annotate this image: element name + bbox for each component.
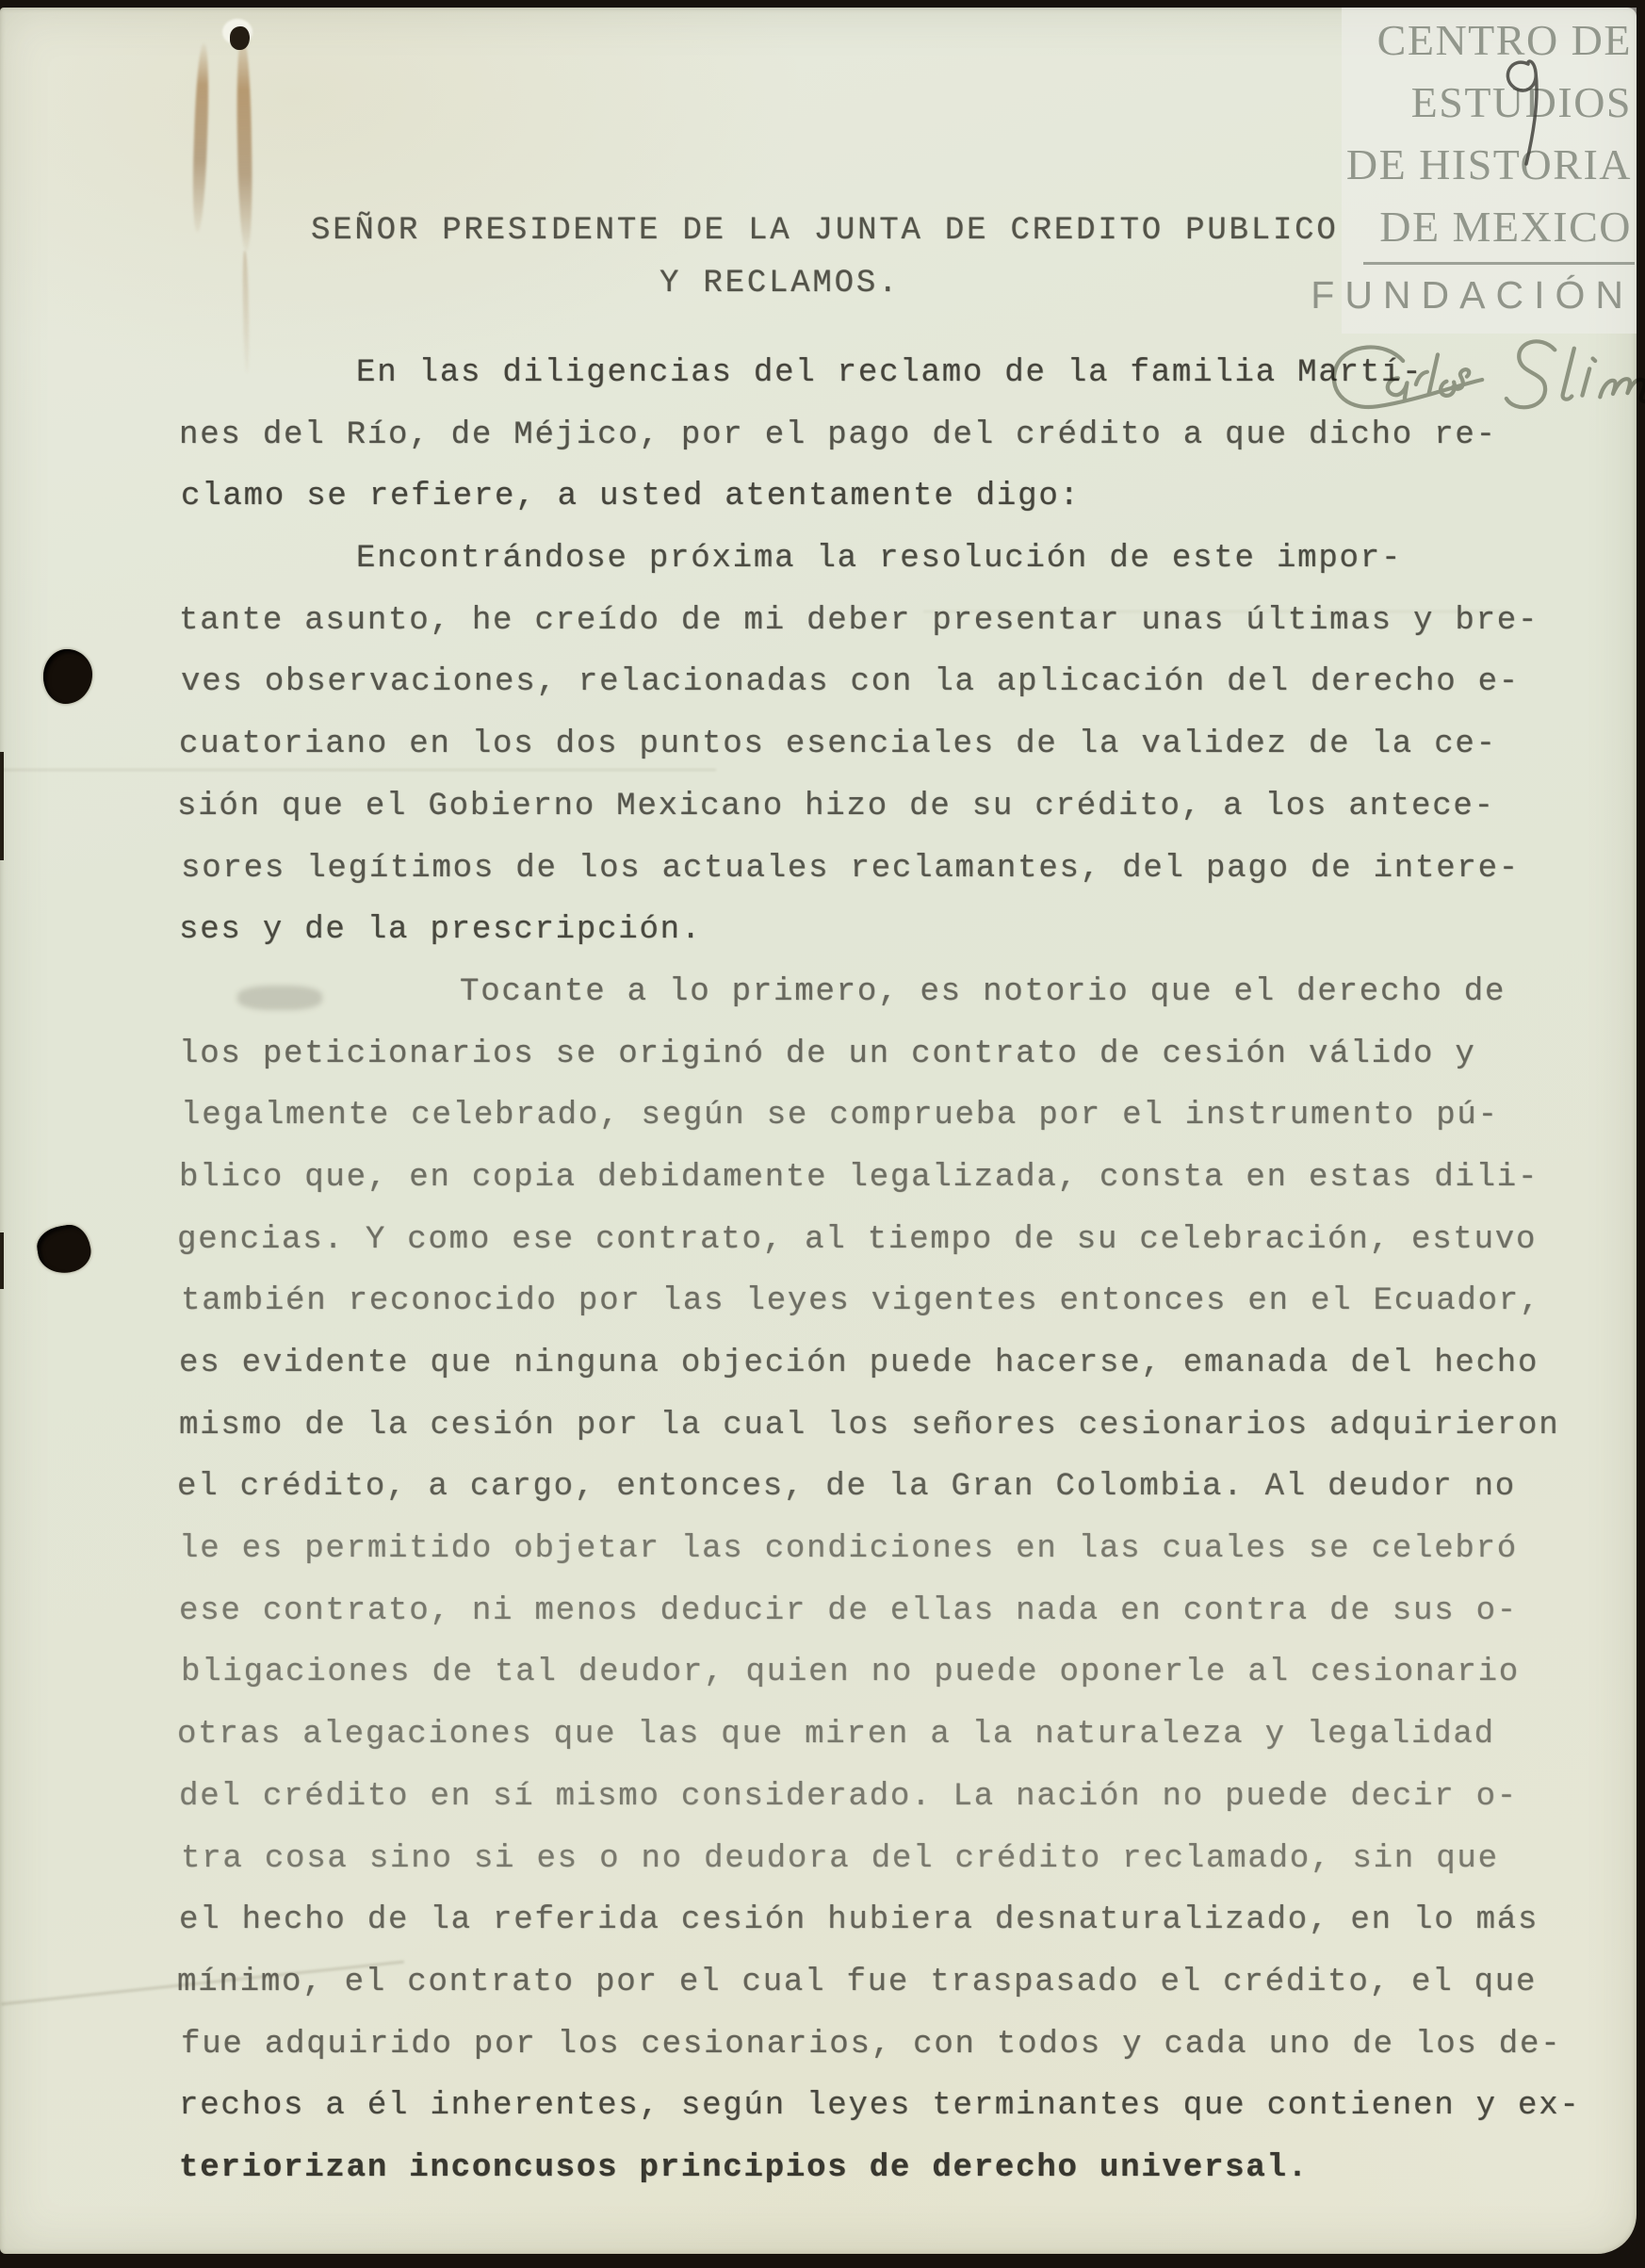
typewritten-line: del crédito en sí mismo considerado. La … bbox=[179, 1767, 1602, 1829]
rust-stain-right bbox=[236, 36, 253, 251]
handwritten-signature bbox=[1308, 337, 1645, 432]
typewritten-line: cuatoriano en los dos puntos esenciales … bbox=[179, 714, 1602, 776]
paper-edge-gap-1 bbox=[0, 752, 4, 860]
typewritten-line: ves observaciones, relacionadas con la a… bbox=[181, 652, 1604, 714]
paper-edge-gap-2 bbox=[0, 1232, 4, 1289]
typewritten-line: otras alegaciones que las que miren a la… bbox=[177, 1705, 1600, 1767]
typewritten-line: tra cosa sino si es o no deudora del cré… bbox=[181, 1829, 1604, 1891]
typewritten-line: ses y de la prescripción. bbox=[179, 900, 1602, 962]
typewritten-line: blico que, en copia debidamente legaliza… bbox=[179, 1148, 1602, 1210]
typewritten-line: también reconocido por las leyes vigente… bbox=[181, 1271, 1604, 1333]
typewritten-line: mismo de la cesión por la cual los señor… bbox=[179, 1395, 1602, 1458]
typewritten-line: tante asunto, he creído de mi deber pres… bbox=[179, 591, 1602, 653]
typewritten-line: le es permitido objetar las condiciones … bbox=[179, 1519, 1602, 1581]
document-body: En las diligencias del reclamo de la fam… bbox=[179, 343, 1602, 2200]
typewritten-line: legalmente celebrado, según se comprueba… bbox=[181, 1085, 1604, 1148]
watermark-line: ESTUDIOS bbox=[1253, 72, 1632, 134]
document-paper: CENTRO DEESTUDIOSDE HISTORIADE MEXICO FU… bbox=[0, 8, 1637, 2254]
punch-hole-lower bbox=[34, 1222, 93, 1277]
typewritten-line: mínimo, el contrato por el cual fue tras… bbox=[177, 1952, 1600, 2015]
watermark-line: DE HISTORIA bbox=[1253, 134, 1632, 196]
document-heading-line-1: SEÑOR PRESIDENTE DE LA JUNTA DE CREDITO … bbox=[311, 213, 1339, 249]
scan-background: CENTRO DEESTUDIOSDE HISTORIADE MEXICO FU… bbox=[0, 0, 1645, 2268]
typewritten-line: sores legítimos de los actuales reclaman… bbox=[181, 839, 1604, 901]
typewritten-line: Tocante a lo primero, es notorio que el … bbox=[177, 962, 1600, 1024]
typewritten-line: rechos a él inherentes, según leyes term… bbox=[179, 2076, 1602, 2138]
watermark-line: CENTRO DE bbox=[1253, 9, 1632, 72]
typewritten-line: fue adquirido por los cesionarios, con t… bbox=[181, 2015, 1604, 2077]
typewritten-line: los peticionarios se originó de un contr… bbox=[179, 1024, 1602, 1086]
typewritten-line: teriorizan inconcusos principios de dere… bbox=[179, 2138, 1602, 2200]
watermark-foundation-label: FUNDACIÓN bbox=[1278, 273, 1634, 318]
typewritten-line: Encontrándose próxima la resolución de e… bbox=[177, 529, 1600, 591]
pencil-mark-9 bbox=[1500, 53, 1545, 171]
rust-stain-left bbox=[191, 43, 211, 232]
typewritten-line: el crédito, a cargo, entonces, de la Gra… bbox=[177, 1457, 1600, 1519]
typewritten-line: el hecho de la referida cesión hubiera d… bbox=[179, 1890, 1602, 1952]
paragraph: Encontrándose próxima la resolución de e… bbox=[179, 529, 1602, 962]
typewritten-line: ese contrato, ni menos deducir de ellas … bbox=[179, 1581, 1602, 1643]
typewritten-line: clamo se refiere, a usted atentamente di… bbox=[181, 466, 1604, 529]
document-heading-line-2: Y RECLAMOS. bbox=[660, 266, 900, 302]
tear-hole bbox=[230, 26, 250, 50]
typewritten-line: bligaciones de tal deudor, quien no pued… bbox=[181, 1642, 1604, 1705]
punch-hole-upper bbox=[43, 649, 92, 704]
paragraph: Tocante a lo primero, es notorio que el … bbox=[179, 962, 1602, 2200]
typewritten-line: es evidente que ninguna objeción puede h… bbox=[179, 1333, 1602, 1395]
watermark-divider bbox=[1363, 262, 1635, 265]
typewritten-line: gencias. Y como ese contrato, al tiempo … bbox=[177, 1210, 1600, 1272]
typewritten-line: sión que el Gobierno Mexicano hizo de su… bbox=[177, 776, 1600, 839]
